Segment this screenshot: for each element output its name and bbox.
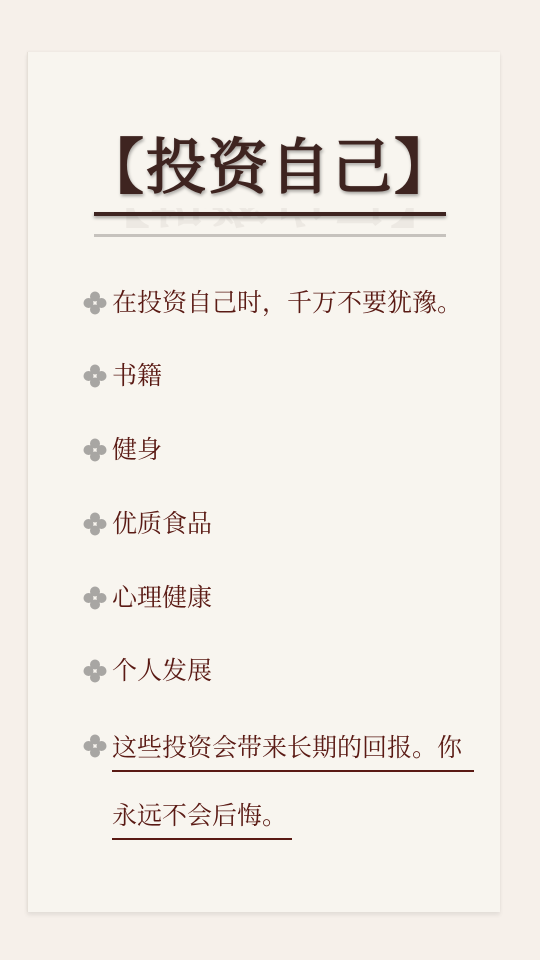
list-item-label: 书籍 [112, 358, 162, 394]
list-item: 健身 [82, 432, 162, 468]
list-item: 在投资自己时，千万不要犹豫。 [82, 285, 462, 321]
page-title: 【投资自己】 [0, 128, 540, 208]
list-item: 优质食品 [82, 506, 212, 542]
four-petal-flower-icon [82, 658, 108, 684]
closing-line-1: 这些投资会带来长期的回报。你 [112, 728, 474, 772]
closing-statement: 这些投资会带来长期的回报。你 永远不会后悔。 [82, 728, 482, 840]
list-item-label: 个人发展 [112, 653, 212, 689]
four-petal-flower-icon [82, 733, 108, 759]
list-item: 心理健康 [82, 580, 212, 616]
title-underline-dark [94, 212, 446, 216]
four-petal-flower-icon [82, 511, 108, 537]
four-petal-flower-icon [82, 437, 108, 463]
list-item: 书籍 [82, 358, 162, 394]
list-item: 个人发展 [82, 653, 212, 689]
list-item-label: 心理健康 [112, 580, 212, 616]
closing-line-2: 永远不会后悔。 [112, 796, 292, 840]
four-petal-flower-icon [82, 585, 108, 611]
title-underline-light [94, 234, 446, 237]
list-item-label: 优质食品 [112, 506, 212, 542]
list-item-label: 健身 [112, 432, 162, 468]
four-petal-flower-icon [82, 290, 108, 316]
four-petal-flower-icon [82, 363, 108, 389]
list-item-label: 在投资自己时，千万不要犹豫。 [112, 285, 462, 321]
